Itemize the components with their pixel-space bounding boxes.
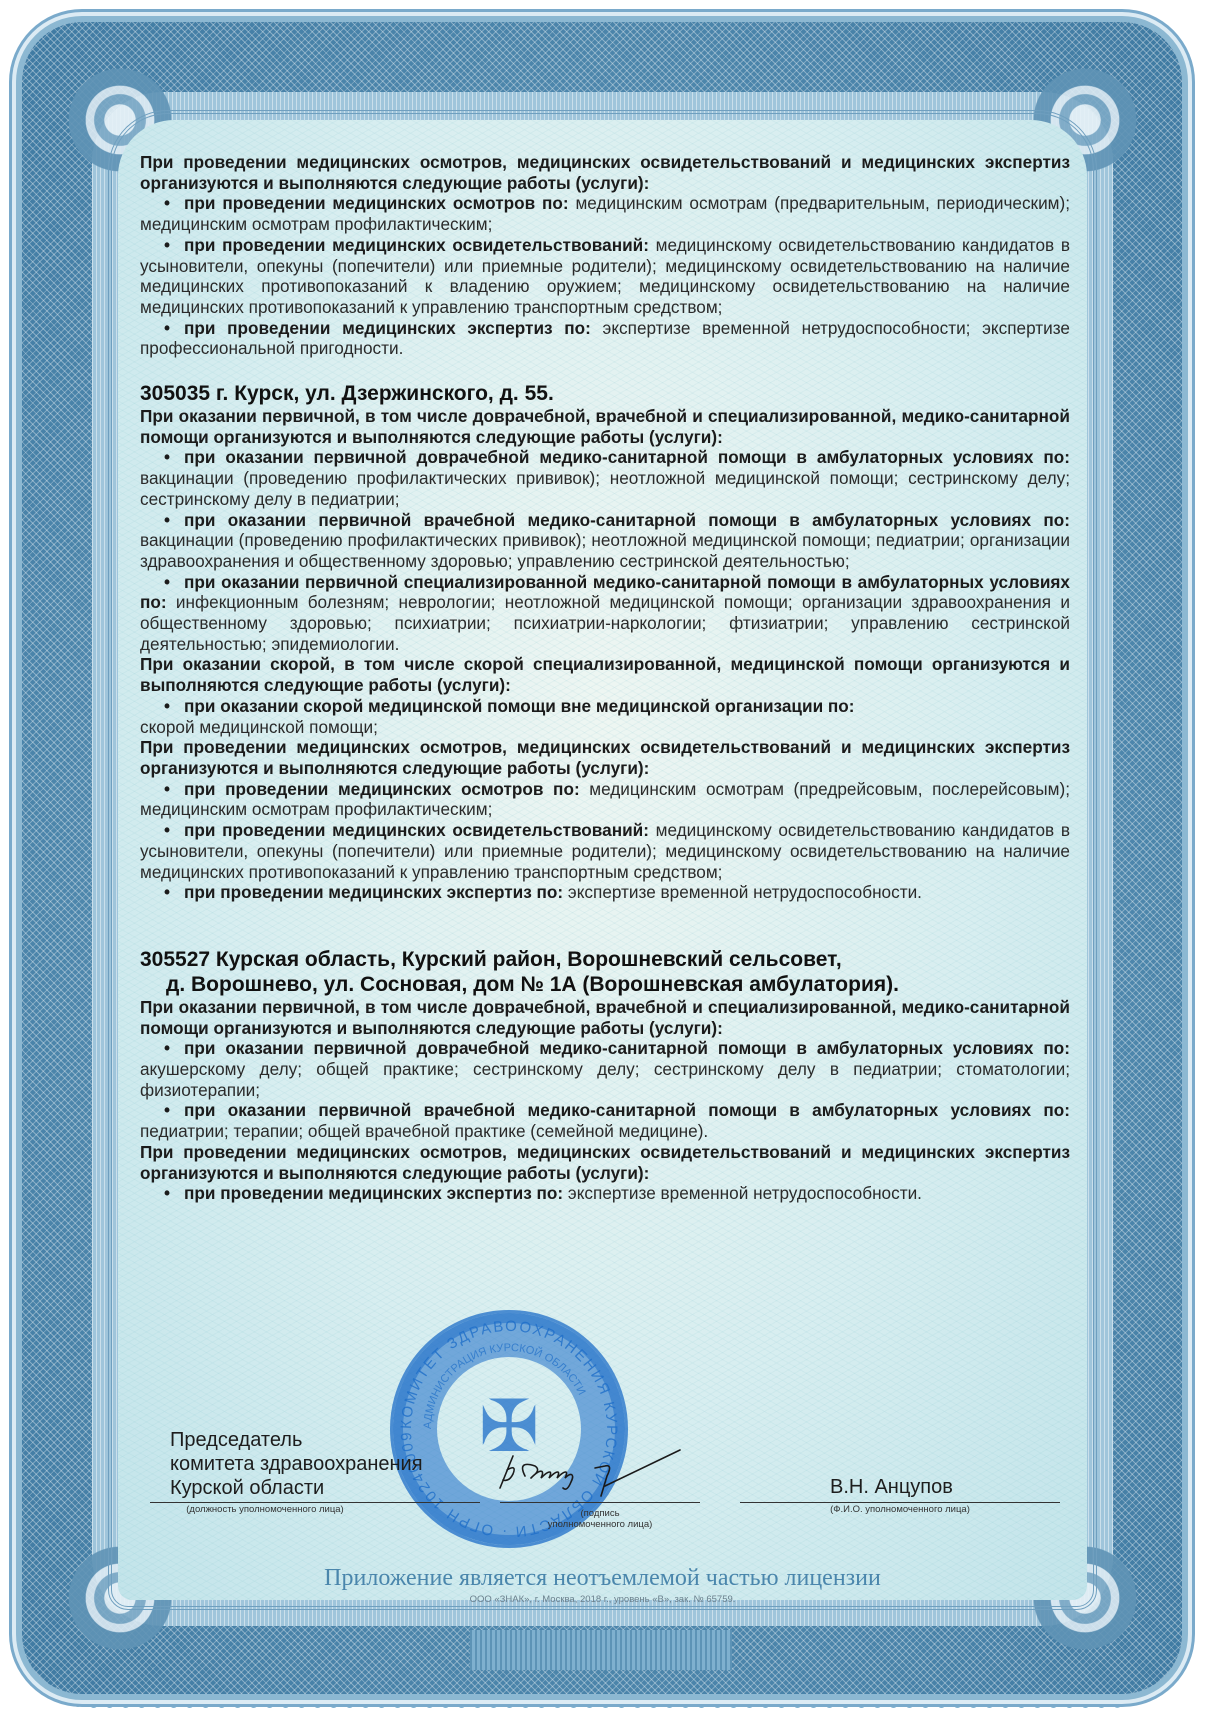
section-intro: При проведении медицинских осмотров, мед…	[140, 152, 1070, 193]
position-caption: (должность уполномоченного лица)	[150, 1504, 380, 1515]
list-item: при проведении медицинских освидетельств…	[140, 820, 1070, 882]
signature-underline	[500, 1502, 700, 1503]
section2-exams-list: при проведении медицинских осмотров по: …	[140, 779, 1070, 903]
section-intro: При оказании скорой, в том числе скорой …	[140, 654, 1070, 695]
section-intro: При оказании первичной, в том числе довр…	[140, 997, 1070, 1038]
list-item: при оказании первичной врачебной медико-…	[140, 510, 1070, 572]
section-intro: При оказании первичной, в том числе довр…	[140, 406, 1070, 447]
list-item-text: скорой медицинской помощи;	[140, 717, 1070, 738]
section3-primary-list: при оказании первичной доврачебной медик…	[140, 1038, 1070, 1142]
printer-imprint: ООО «ЗНАК», г. Москва, 2018 г., уровень …	[0, 1594, 1205, 1605]
section1-list: при проведении медицинских осмотров по: …	[140, 193, 1070, 359]
license-appendix-content: При проведении медицинских осмотров, мед…	[140, 152, 1070, 1204]
section3-exams-list: при проведении медицинских экспертиз по:…	[140, 1183, 1070, 1204]
list-item: при проведении медицинских экспертиз по:…	[140, 1183, 1070, 1204]
list-item: при проведении медицинских экспертиз по:…	[140, 318, 1070, 359]
address-heading-line2: д. Ворошнево, ул. Сосновая, дом № 1А (Во…	[140, 972, 1070, 997]
list-item: при проведении медицинских освидетельств…	[140, 235, 1070, 318]
address-heading: 305527 Курская область, Курский район, В…	[140, 947, 1070, 972]
signature-block: Председатель комитета здравоохранения Ку…	[140, 1428, 1070, 1538]
name-underline	[740, 1502, 1060, 1503]
list-item: при оказании первичной доврачебной медик…	[140, 447, 1070, 509]
address-heading: 305035 г. Курск, ул. Дзержинского, д. 55…	[140, 381, 1070, 406]
section2-primary-list: при оказании первичной доврачебной медик…	[140, 447, 1070, 654]
section-intro: При проведении медицинских осмотров, мед…	[140, 737, 1070, 778]
list-item: при оказании первичной врачебной медико-…	[140, 1100, 1070, 1141]
list-item: при оказании первичной специализированно…	[140, 572, 1070, 655]
list-item: при оказании скорой медицинской помощи в…	[140, 696, 1070, 717]
signer-name: В.Н. Анцупов	[830, 1476, 953, 1499]
bottom-guilloche-panel	[470, 1630, 732, 1670]
section-intro: При проведении медицинских осмотров, мед…	[140, 1142, 1070, 1183]
list-item: при проведении медицинских экспертиз по:…	[140, 882, 1070, 903]
handwritten-signature	[495, 1448, 695, 1498]
list-item: при проведении медицинских осмотров по: …	[140, 779, 1070, 820]
name-caption: (Ф.И.О. уполномоченного лица)	[800, 1504, 1000, 1515]
list-item: при проведении медицинских осмотров по: …	[140, 193, 1070, 234]
appendix-note: Приложение является неотъемлемой частью …	[0, 1565, 1205, 1592]
list-item: при оказании первичной доврачебной медик…	[140, 1038, 1070, 1100]
signature-caption: (подпись уполномоченного лица)	[520, 1508, 680, 1530]
position-underline	[150, 1502, 480, 1503]
signer-position: Председатель комитета здравоохранения Ку…	[170, 1428, 423, 1500]
